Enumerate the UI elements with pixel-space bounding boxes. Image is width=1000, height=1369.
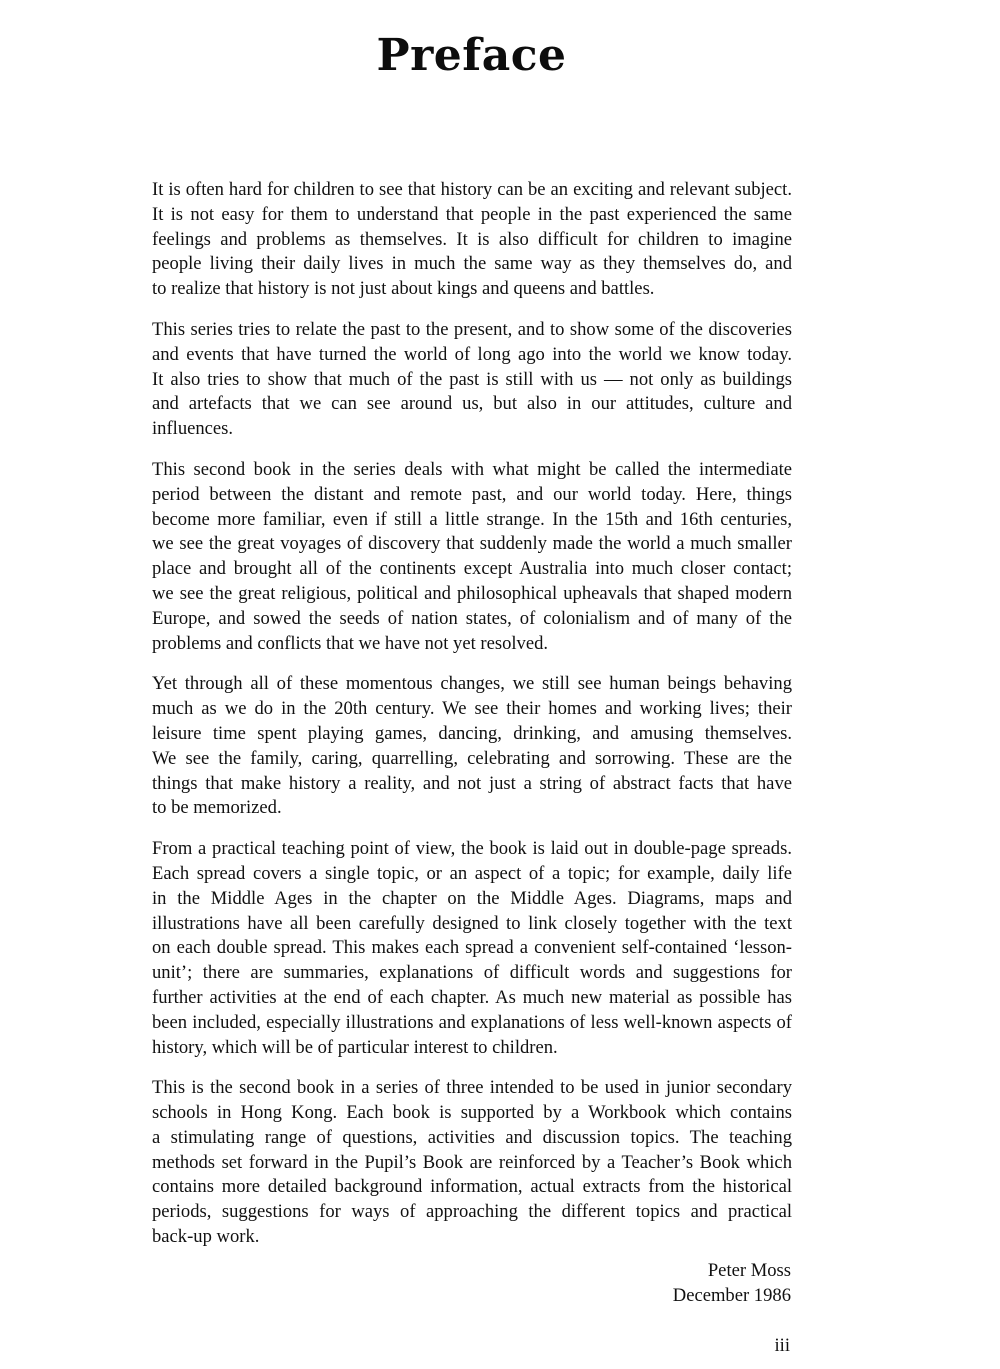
paragraph-4: Yet through all of these momentous chang… xyxy=(152,672,792,821)
page-number: iii xyxy=(775,1334,791,1358)
text-line: back-up work. xyxy=(152,1225,792,1250)
paragraph-1: It is often hard for children to see tha… xyxy=(152,178,792,302)
text-line: feelings and problems as themselves. It … xyxy=(152,228,792,253)
text-line: and artefacts that we can see around us,… xyxy=(152,392,792,417)
text-line: schools in Hong Kong. Each book is suppo… xyxy=(152,1101,792,1126)
text-line: place and brought all of the continents … xyxy=(152,557,792,582)
text-line: influences. xyxy=(152,417,792,442)
text-line: This is the second book in a series of t… xyxy=(152,1076,792,1101)
text-line: unit’; there are summaries, explanations… xyxy=(152,961,792,986)
text-line: been included, especially illustrations … xyxy=(152,1011,792,1036)
text-line: things that make history a reality, and … xyxy=(152,772,792,797)
text-line: contains more detailed background inform… xyxy=(152,1175,792,1200)
text-line: It is often hard for children to see tha… xyxy=(152,178,792,203)
text-line: people living their daily lives in much … xyxy=(152,252,792,277)
text-line: It is not easy for them to understand th… xyxy=(152,203,792,228)
signature-block: Peter Moss December 1986 xyxy=(673,1259,791,1309)
signature-date: December 1986 xyxy=(673,1284,791,1309)
text-line: become more familiar, even if still a li… xyxy=(152,508,792,533)
text-line: and events that have turned the world of… xyxy=(152,343,792,368)
text-line: methods set forward in the Pupil’s Book … xyxy=(152,1151,792,1176)
text-line: further activities at the end of each ch… xyxy=(152,986,792,1011)
text-line: It also tries to show that much of the p… xyxy=(152,368,792,393)
text-line: in the Middle Ages in the chapter on the… xyxy=(152,887,792,912)
text-line: we see the great voyages of discovery th… xyxy=(152,532,792,557)
text-line: illustrations have all been carefully de… xyxy=(152,912,792,937)
paragraph-2: This series tries to relate the past to … xyxy=(152,318,792,442)
text-line: much as we do in the 20th century. We se… xyxy=(152,697,792,722)
text-line: we see the great religious, political an… xyxy=(152,582,792,607)
text-line: problems and conflicts that we have not … xyxy=(152,632,792,657)
text-line: period between the distant and remote pa… xyxy=(152,483,792,508)
text-line: Yet through all of these momentous chang… xyxy=(152,672,792,697)
text-line: to be memorized. xyxy=(152,796,792,821)
paragraph-3: This second book in the series deals wit… xyxy=(152,458,792,656)
text-line: periods, suggestions for ways of approac… xyxy=(152,1200,792,1225)
text-line: on each double spread. This makes each s… xyxy=(152,936,792,961)
author-name: Peter Moss xyxy=(673,1259,791,1284)
text-line: to realize that history is not just abou… xyxy=(152,277,792,302)
text-line: leisure time spent playing games, dancin… xyxy=(152,722,792,747)
paragraph-6: This is the second book in a series of t… xyxy=(152,1076,792,1250)
paragraph-5: From a practical teaching point of view,… xyxy=(152,837,792,1060)
text-line: This second book in the series deals wit… xyxy=(152,458,792,483)
text-line: a stimulating range of questions, activi… xyxy=(152,1126,792,1151)
text-line: Europe, and sowed the seeds of nation st… xyxy=(152,607,792,632)
text-line: We see the family, caring, quarrelling, … xyxy=(152,747,792,772)
text-line: Each spread covers a single topic, or an… xyxy=(152,862,792,887)
text-line: From a practical teaching point of view,… xyxy=(152,837,792,862)
text-line: This series tries to relate the past to … xyxy=(152,318,792,343)
page-title: Preface xyxy=(0,26,943,86)
text-line: history, which will be of particular int… xyxy=(152,1036,792,1061)
preface-body: It is often hard for children to see tha… xyxy=(152,178,792,1266)
